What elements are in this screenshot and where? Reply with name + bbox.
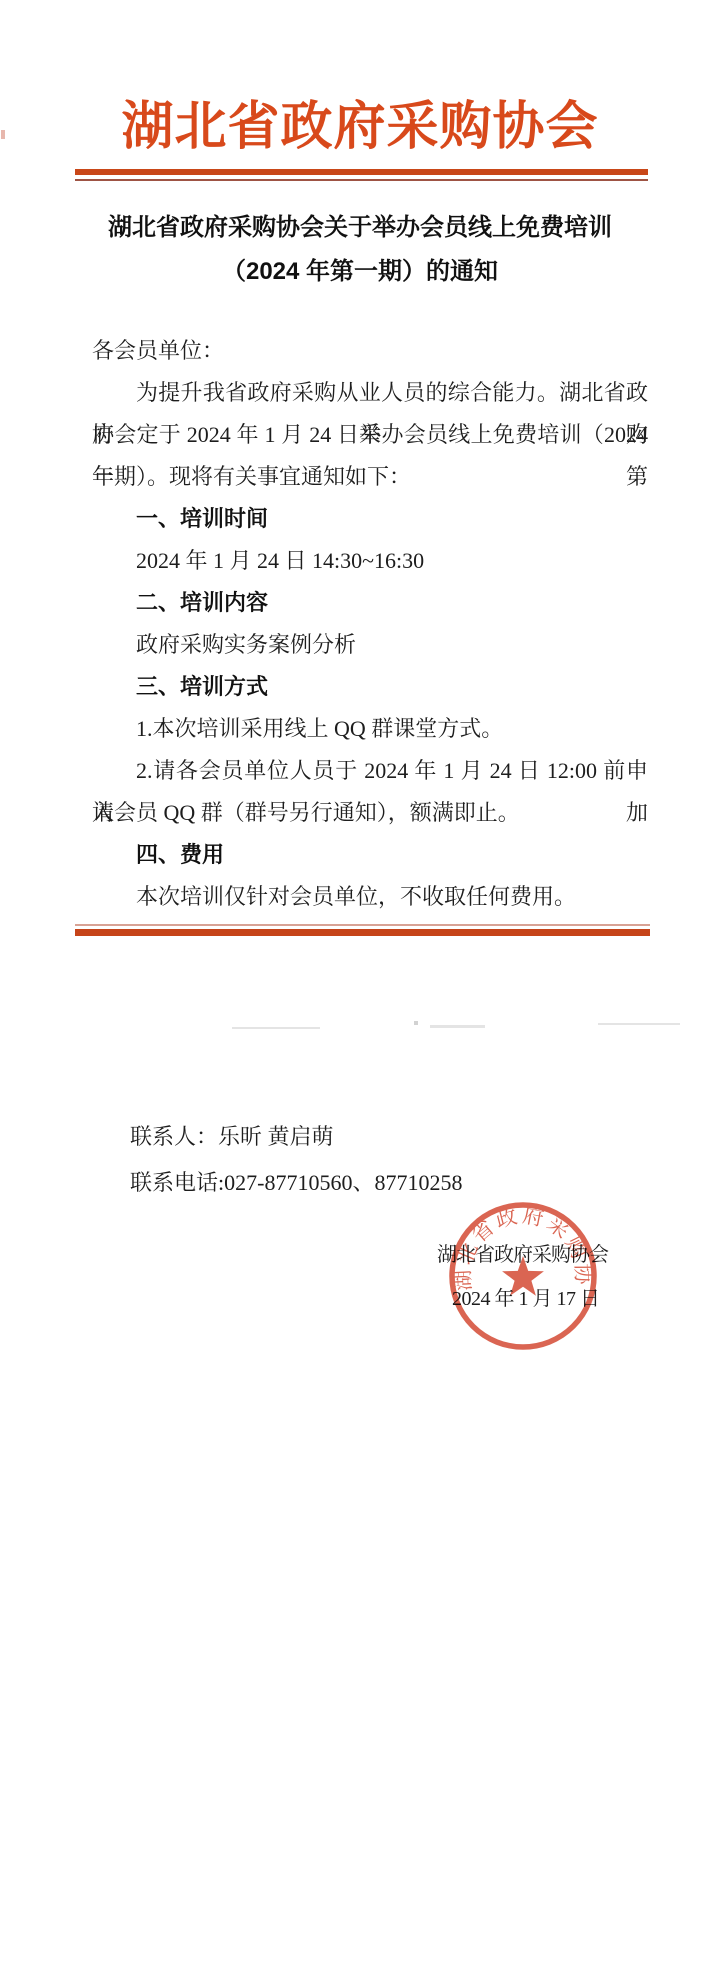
body-line: 2.请各会员单位人员于 2024 年 1 月 24 日 12:00 前申请加	[92, 750, 648, 792]
body-line: 一、培训时间	[92, 498, 648, 540]
document-title-line1: 湖北省政府采购协会关于举办会员线上免费培训	[0, 206, 720, 250]
body-line: 1.本次培训采用线上 QQ 群课堂方式。	[92, 708, 648, 750]
contact-phone: 联系电话:027-87710560、87710258	[130, 1160, 462, 1206]
footer-divider	[75, 924, 650, 936]
body-line: 2024 年 1 月 24 日 14:30~16:30	[92, 540, 648, 582]
body-line: 四、费用	[92, 834, 648, 876]
letterhead-divider-thick-line	[75, 169, 648, 175]
seal-star-icon	[502, 1256, 544, 1296]
letterhead-divider	[75, 169, 648, 181]
document-page: 湖北省政府采购协会 湖北省政府采购协会关于举办会员线上免费培训 （2024 年第…	[0, 0, 720, 1982]
document-title-line2: （2024 年第一期）的通知	[0, 250, 720, 294]
body-line: 政府采购实务案例分析	[92, 624, 648, 666]
org-letterhead-title: 湖北省政府采购协会	[0, 96, 720, 160]
body-line: 协会定于 2024 年 1 月 24 日举办会员线上免费培训（2024 年第	[92, 414, 648, 456]
contact-person: 联系人：乐昕 黄启萌	[130, 1114, 462, 1160]
scan-smudge	[430, 1025, 485, 1028]
scan-smudge	[414, 1021, 418, 1025]
body-line: 本次培训仅针对会员单位，不收取任何费用。	[92, 876, 648, 918]
scan-smudge	[232, 1027, 320, 1029]
body-line: 二、培训内容	[92, 582, 648, 624]
body-line: 各会员单位：	[92, 330, 648, 372]
footer-divider-thin-line	[75, 924, 650, 926]
letterhead-divider-thin-line	[75, 179, 648, 181]
scan-smudge	[598, 1023, 680, 1025]
document-body: 各会员单位：为提升我省政府采购从业人员的综合能力。湖北省政府采购协会定于 202…	[92, 330, 648, 918]
document-title: 湖北省政府采购协会关于举办会员线上免费培训 （2024 年第一期）的通知	[0, 206, 720, 294]
body-line: 三、培训方式	[92, 666, 648, 708]
footer-divider-thick-line	[75, 929, 650, 936]
contact-block: 联系人：乐昕 黄启萌 联系电话:027-87710560、87710258	[130, 1114, 462, 1206]
official-seal: 湖北省政府采购协会	[438, 1191, 608, 1361]
body-line: 为提升我省政府采购从业人员的综合能力。湖北省政府采购	[92, 372, 648, 414]
